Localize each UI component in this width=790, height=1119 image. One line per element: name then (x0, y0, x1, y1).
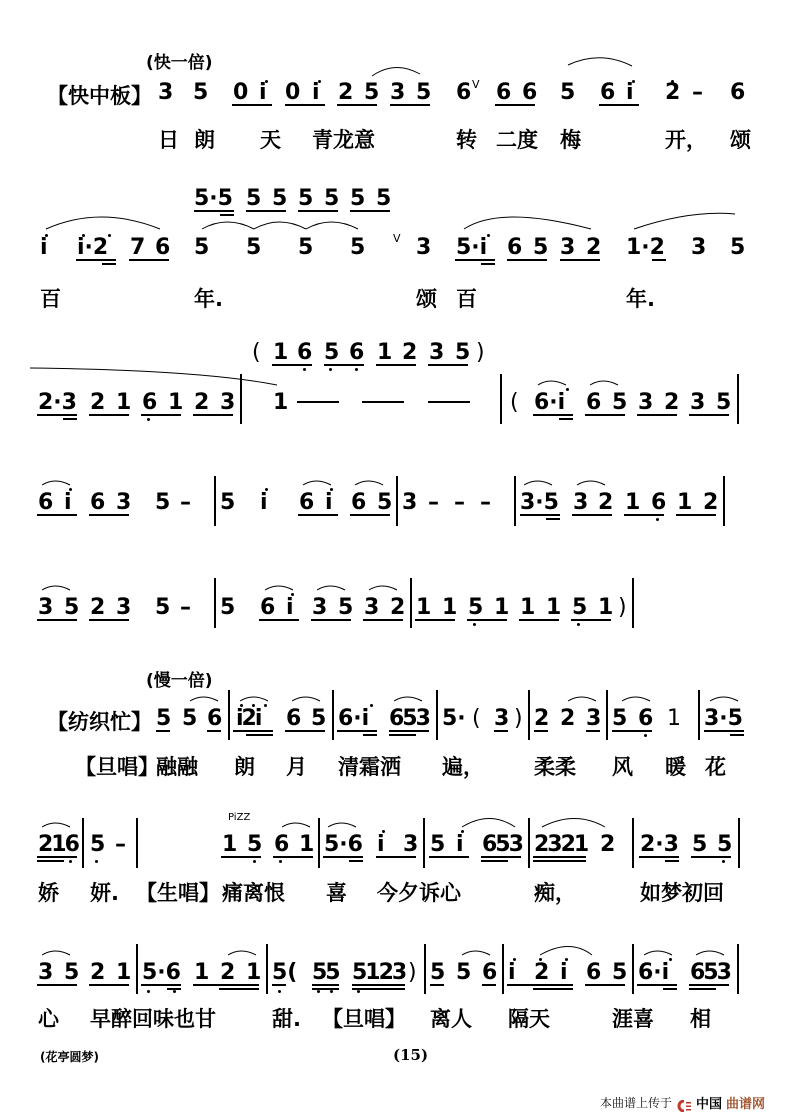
page-number: (15) (393, 1046, 428, 1064)
footer-title: (花亭圆梦) (40, 1048, 99, 1065)
brand-accent: 曲谱网 (726, 1093, 765, 1112)
watermark: 本曲谱上传于 中国 曲谱网 (600, 1093, 765, 1112)
logo-icon (676, 1097, 692, 1109)
watermark-text: 本曲谱上传于 (600, 1094, 672, 1111)
slur-arcs (0, 0, 790, 1119)
brand-main: 中国 (696, 1093, 722, 1112)
